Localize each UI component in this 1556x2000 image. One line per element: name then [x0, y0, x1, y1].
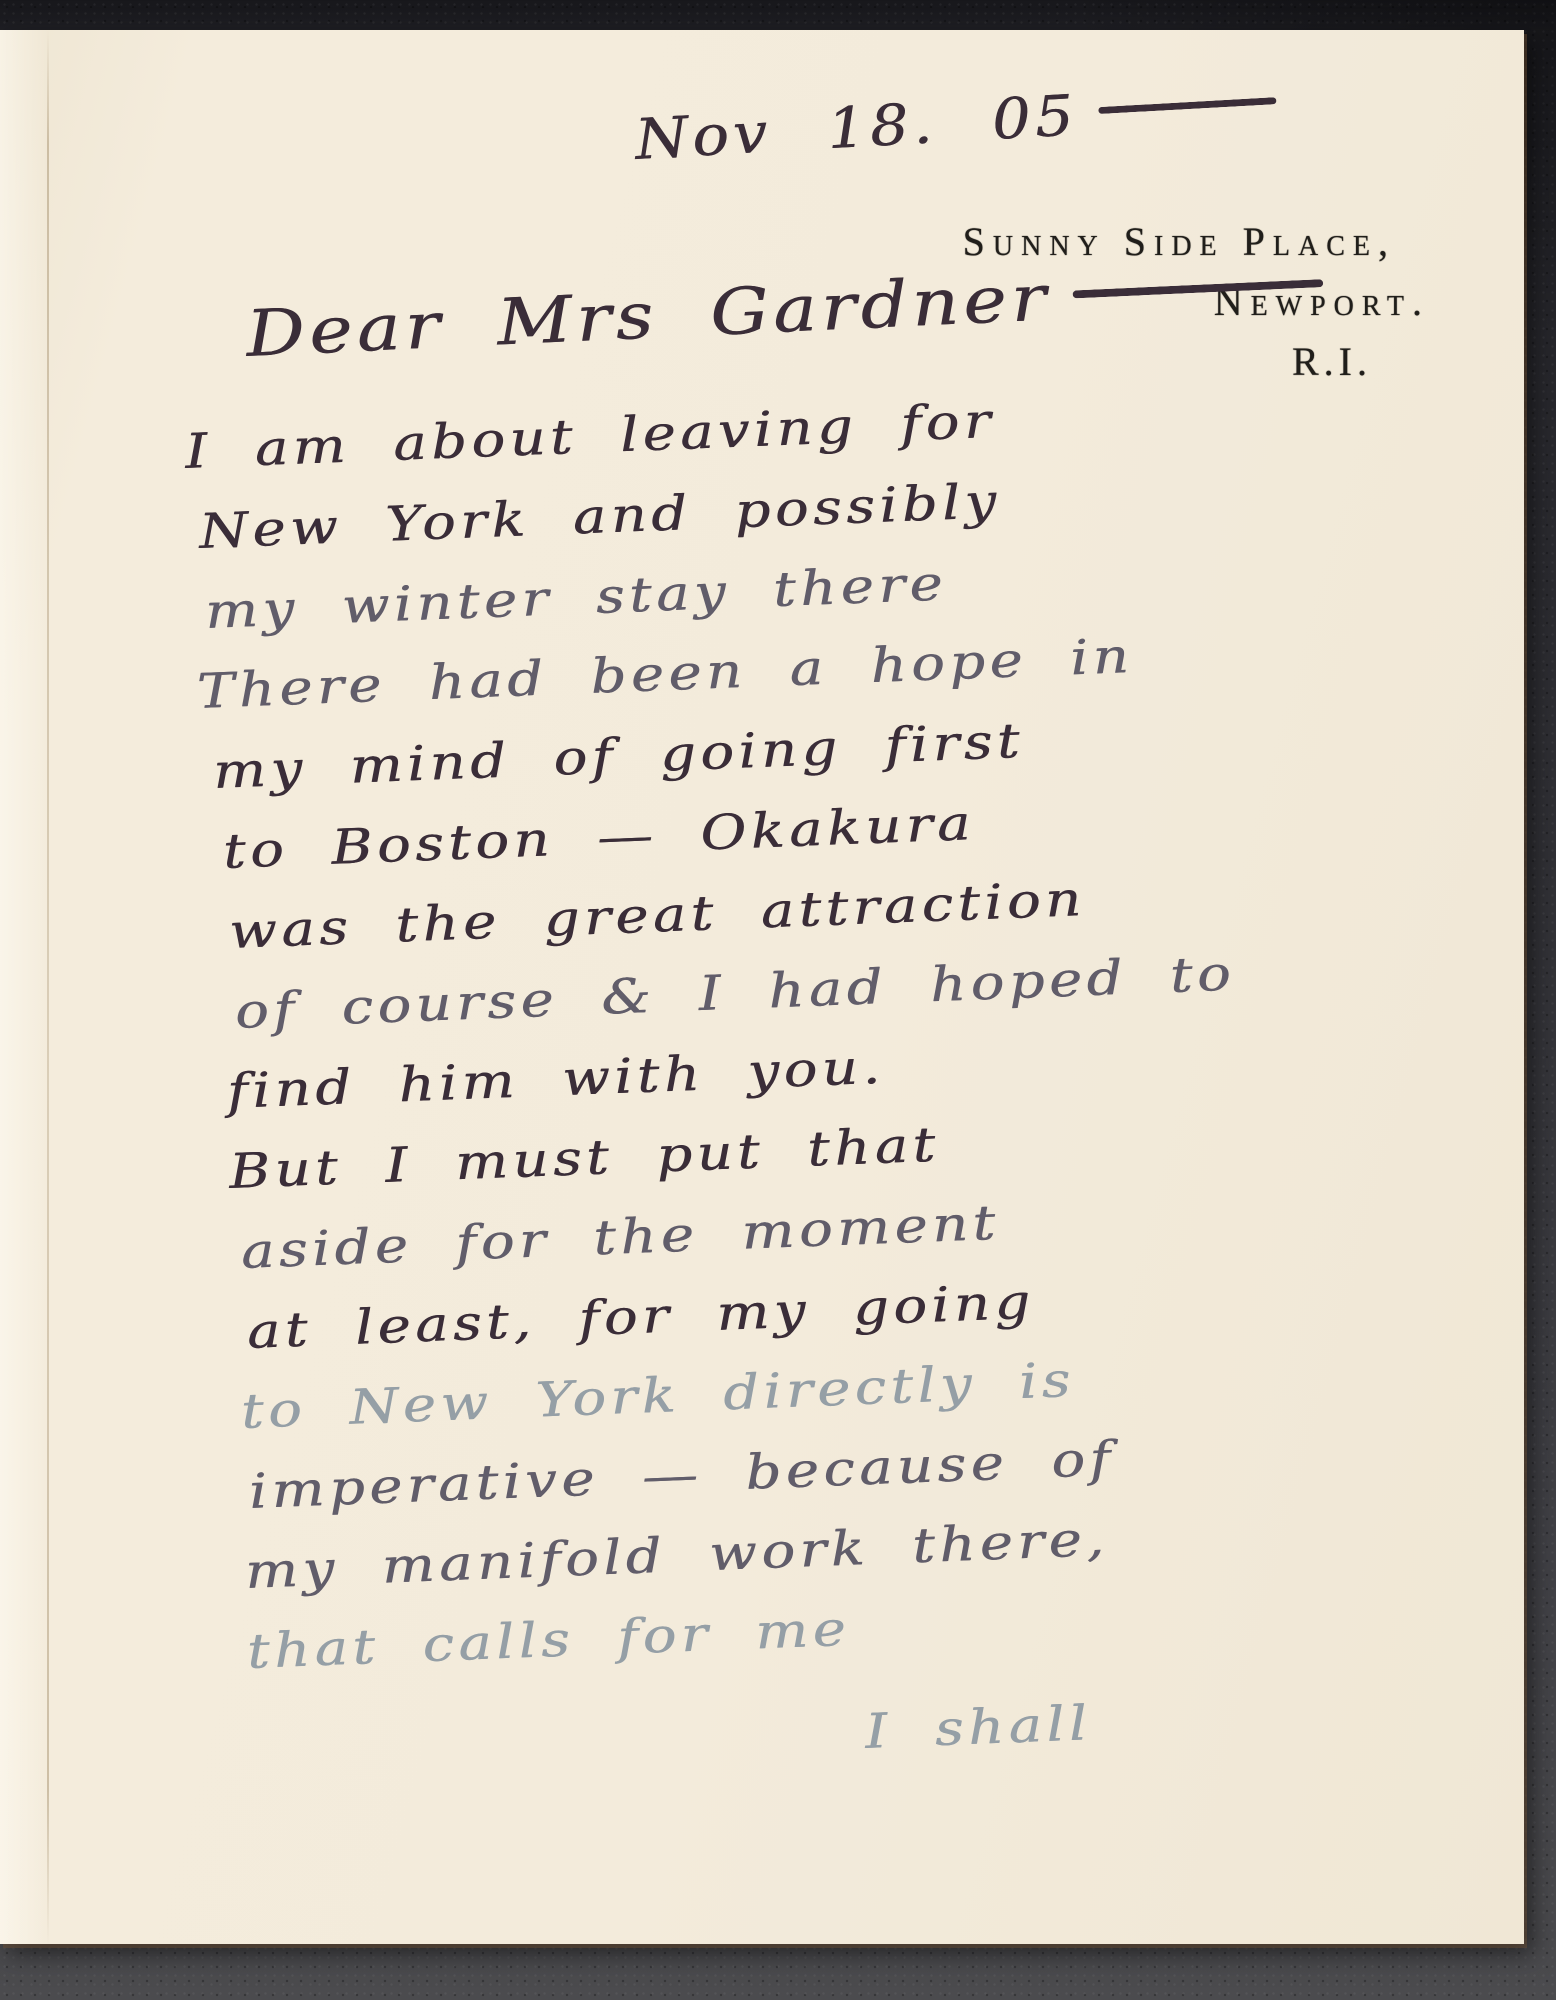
salutation-text: Dear Mrs Gardner — [244, 262, 1052, 372]
fold-crease — [47, 30, 49, 1944]
date-flourish — [1099, 97, 1277, 114]
salutation: Dear Mrs Gardner — [244, 249, 1325, 372]
letterhead-line-state: R.I. — [1292, 338, 1372, 385]
letter-paper: Nov 18. 05 Sunny Side Place, Newport. R.… — [0, 30, 1524, 1944]
handwritten-date: Nov 18. 05 — [633, 72, 1279, 173]
letter-body: I am about leaving for New York and poss… — [185, 412, 1098, 1772]
fold-shade — [0, 30, 47, 1944]
photo-backdrop: Nov 18. 05 Sunny Side Place, Newport. R.… — [0, 0, 1556, 2000]
salutation-flourish — [1073, 279, 1324, 298]
date-text: Nov 18. 05 — [633, 83, 1079, 173]
handwritten-line: I shall — [863, 1682, 1136, 1772]
